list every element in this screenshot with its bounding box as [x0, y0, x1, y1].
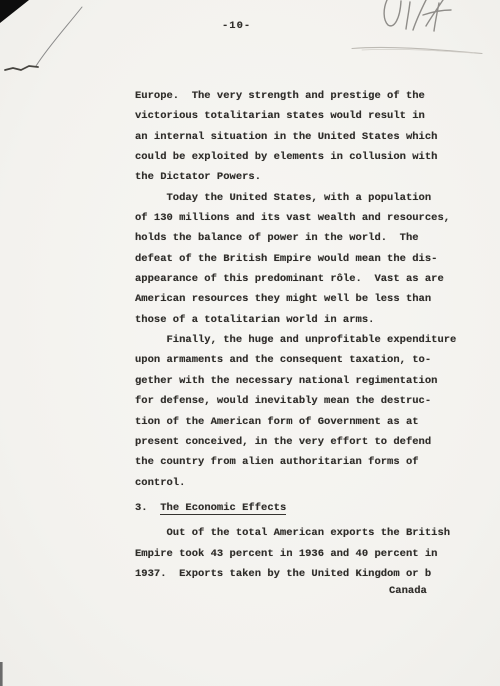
- text-line: the country from alien authoritarian for…: [135, 452, 480, 472]
- pencil-underline-stroke-faint: [362, 49, 474, 53]
- text-line: those of a totalitarian world in arms.: [135, 310, 480, 330]
- handwritten-digit-4-diagonal: [426, 0, 443, 26]
- text-line: Empire took 43 percent in 1936 and 40 pe…: [135, 544, 480, 564]
- section-title: The Economic Effects: [160, 502, 286, 516]
- text-line: Europe. The very strength and prestige o…: [135, 86, 480, 106]
- text-line: appearance of this predominant rôle. Vas…: [135, 269, 480, 289]
- text-line: an internal situation in the United Stat…: [135, 127, 480, 147]
- text-line: victorious totalitarian states would res…: [135, 106, 480, 126]
- text-line: for defense, would inevitably mean the d…: [135, 391, 480, 411]
- text-line: Out of the total American exports the Br…: [135, 523, 480, 543]
- pencil-check-mark-icon: [5, 66, 38, 70]
- text-line: tion of the American form of Government …: [135, 412, 480, 432]
- catchword: Canada: [389, 585, 427, 597]
- handwritten-digit-4-stem: [434, 3, 439, 31]
- scanned-document-page: -10- Europe. The very strength and prest…: [0, 0, 500, 686]
- handwritten-digit-6: [384, 0, 401, 26]
- text-line: holds the balance of power in the world.…: [135, 228, 480, 248]
- text-line: could be exploited by elements in collus…: [135, 147, 480, 167]
- pencil-diagonal-stroke: [36, 7, 82, 66]
- page-number: -10-: [222, 20, 251, 32]
- text-line: of 130 millions and its vast wealth and …: [135, 208, 480, 228]
- text-line: gether with the necessary national regim…: [135, 371, 480, 391]
- text-line: Finally, the huge and unprofitable expen…: [135, 330, 480, 350]
- document-body: Europe. The very strength and prestige o…: [135, 86, 480, 584]
- handwritten-digit-1b: [413, 0, 426, 30]
- text-line: control.: [135, 473, 480, 493]
- text-line: American resources they might well be le…: [135, 289, 480, 309]
- handwritten-digit-1: [406, 2, 410, 29]
- handwritten-digit-4-crossbar: [423, 10, 451, 15]
- section-heading: 3. The Economic Effects: [135, 498, 480, 518]
- text-line: the Dictator Powers.: [135, 167, 480, 187]
- text-line: Today the United States, with a populati…: [135, 188, 480, 208]
- pencil-underline-stroke: [352, 47, 482, 53]
- text-line: 1937. Exports taken by the United Kingdo…: [135, 564, 480, 584]
- scan-corner-artifact: [0, 0, 29, 23]
- scan-edge-artifact: [0, 662, 3, 686]
- section-number: 3.: [135, 502, 160, 514]
- text-line: upon armaments and the consequent taxati…: [135, 350, 480, 370]
- text-line: defeat of the British Empire would mean …: [135, 249, 480, 269]
- handwritten-mark-6114: [384, 0, 451, 31]
- text-line: present conceived, in the very effort to…: [135, 432, 480, 452]
